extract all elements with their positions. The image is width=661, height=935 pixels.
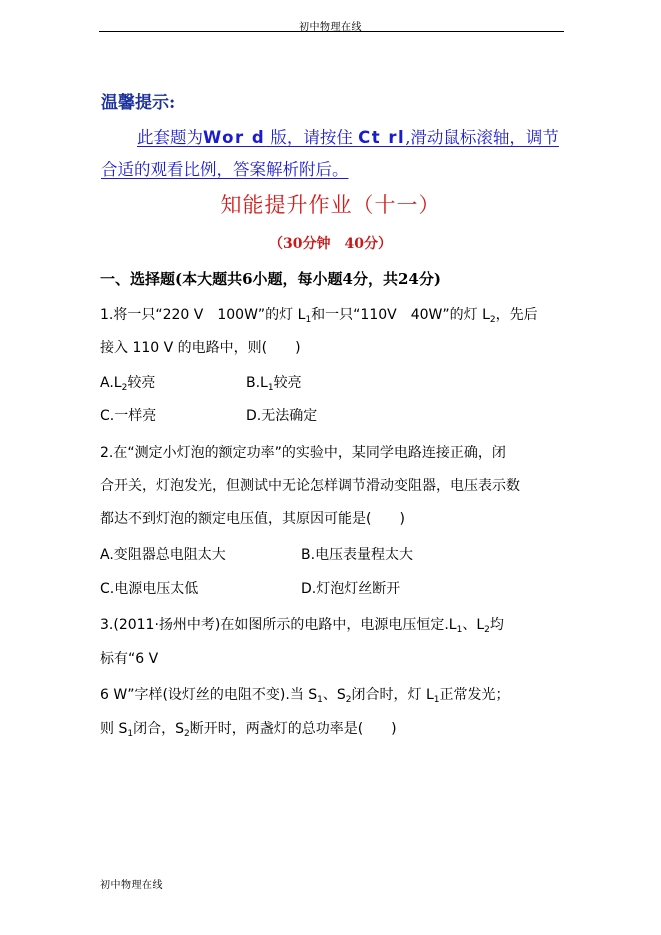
notice-text: ,滑动鼠标滚轴，调节 <box>405 128 559 147</box>
question-2-line-1: 2.在“测定小灯泡的额定功率”的实验中，某同学电路连接正确，闭 <box>100 444 506 462</box>
question-2-option-a[interactable]: A.变阻器总电阻太大 <box>100 546 226 564</box>
option-label: B.L <box>246 375 268 391</box>
text: 、L <box>462 617 484 633</box>
option-label: A. <box>100 547 114 563</box>
text: ，先后 <box>496 307 538 323</box>
text: 闭合，S <box>133 721 184 737</box>
option-label: C. <box>100 408 114 424</box>
text: 正常发光； <box>440 687 510 703</box>
option-text: 灯泡灯丝断开 <box>316 581 400 597</box>
question-3-line-4: 则 S1闭合，S2断开时，两盏灯的总功率是( ) <box>100 720 397 743</box>
text: 和一只“110V 40W”的灯 L <box>311 307 490 323</box>
page-subtitle: （30分钟 40分） <box>0 233 661 253</box>
question-1-option-a[interactable]: A.L2较亮 <box>100 374 155 397</box>
question-2-option-c[interactable]: C.电源电压太低 <box>100 580 198 598</box>
option-label: D. <box>246 408 261 424</box>
question-3-line-2: 标有“6 V <box>100 650 158 668</box>
text: 断开时，两盏灯的总功率是( ) <box>190 721 397 737</box>
section-heading: 一、选择题(本大题共6小题，每小题4分，共24分) <box>100 268 441 289</box>
option-text: 无法确定 <box>261 408 317 424</box>
header-divider <box>99 31 564 32</box>
question-1-option-b[interactable]: B.L1较亮 <box>246 374 302 397</box>
option-label: B. <box>301 547 315 563</box>
question-2-line-2: 合开关，灯泡发光，但测试中无论怎样调节滑动变阻器，电压表示数 <box>100 477 520 495</box>
notice-link-line-2[interactable]: 合适的观看比例，答案解析附后。 <box>101 156 349 180</box>
option-text: 较亮 <box>274 375 302 391</box>
notice-link-line-1[interactable]: 此套题为Wor d 版，请按住 Ct rl,滑动鼠标滚轴，调节 <box>137 124 559 148</box>
question-2-option-b[interactable]: B.电压表量程太大 <box>301 546 413 564</box>
question-3-line-1: 3.(2011·扬州中考)在如图所示的电路中，电源电压恒定.L1、L2均 <box>100 616 504 639</box>
question-2-line-3: 都达不到灯泡的额定电压值，其原因可能是( ) <box>100 510 405 528</box>
text: 1.将一只“220 V 100W”的灯 L <box>100 307 305 323</box>
notice-ctrl: Ct rl <box>358 128 405 147</box>
option-text: 变阻器总电阻太大 <box>114 547 226 563</box>
option-text: 电源电压太低 <box>114 581 198 597</box>
notice-title: 温馨提示: <box>101 88 175 113</box>
notice-word: Wor d <box>203 128 265 147</box>
option-text: 一样亮 <box>114 408 156 424</box>
text: 则 S <box>100 721 127 737</box>
question-2-option-d[interactable]: D.灯泡灯丝断开 <box>301 580 400 598</box>
question-1-line-1: 1.将一只“220 V 100W”的灯 L1和一只“110V 40W”的灯 L2… <box>100 306 538 329</box>
question-1-line-2: 接入 110 V 的电路中，则( ) <box>100 339 301 357</box>
question-1-option-c[interactable]: C.一样亮 <box>100 407 156 425</box>
text: 均 <box>490 617 504 633</box>
text: 6 W”字样(设灯丝的电阻不变).当 S <box>100 687 317 703</box>
option-label: A.L <box>100 375 122 391</box>
option-label: C. <box>100 581 114 597</box>
notice-text: 版，请按住 <box>265 128 358 147</box>
question-3-line-3: 6 W”字样(设灯丝的电阻不变).当 S1、S2闭合时，灯 L1正常发光； <box>100 686 510 709</box>
question-1-option-d[interactable]: D.无法确定 <box>246 407 317 425</box>
option-label: D. <box>301 581 316 597</box>
notice-text: 此套题为 <box>137 128 203 147</box>
option-text: 较亮 <box>127 375 155 391</box>
option-text: 电压表量程太大 <box>315 547 413 563</box>
page-title: 知能提升作业（十一） <box>0 189 661 219</box>
text: 闭合时，灯 L <box>352 687 434 703</box>
text: 3.(2011·扬州中考)在如图所示的电路中，电源电压恒定.L <box>100 617 457 633</box>
page-footer: 初中物理在线 <box>100 876 163 891</box>
text: 、S <box>323 687 346 703</box>
